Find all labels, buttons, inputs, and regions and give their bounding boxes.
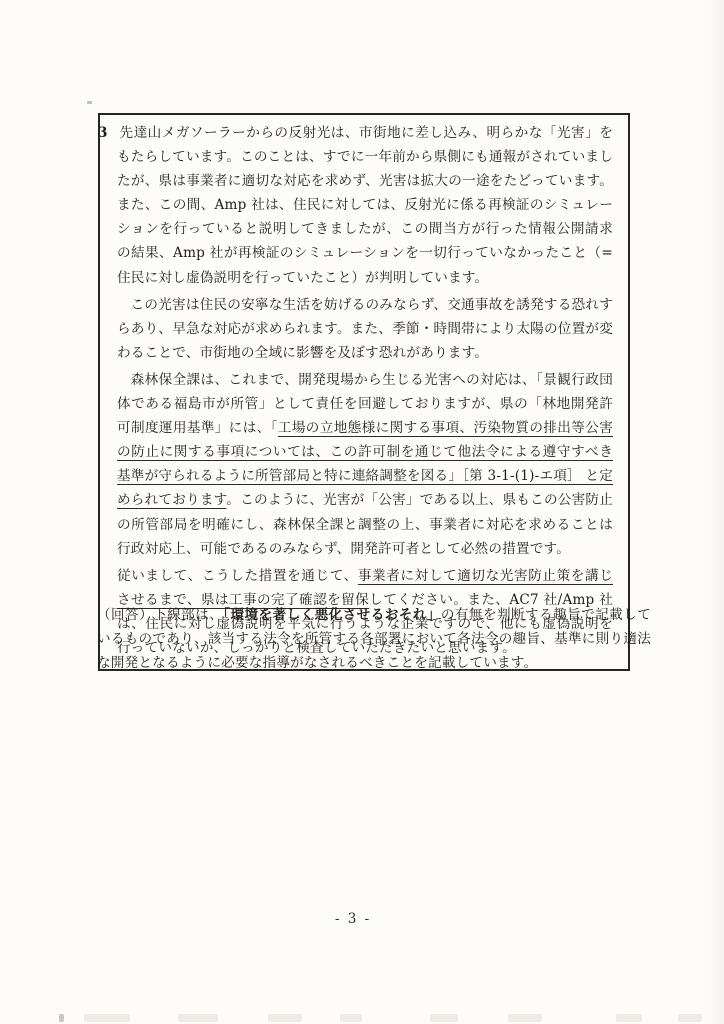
scan-artifact-dash bbox=[508, 1014, 542, 1022]
text-segment: 先達山メガソーラーからの反射光は、市街地に差し込み、明らかな「光害」をもたらして… bbox=[117, 125, 613, 286]
page-number: - 3 - bbox=[0, 911, 706, 927]
paragraph: 森林保全課は、これまで、開発現場から生じる光害への対応は、「景観行政団体である福… bbox=[117, 368, 613, 561]
scan-artifact-dash bbox=[178, 1014, 218, 1022]
paragraph: この光害は住民の安寧な生活を妨げるのみならず、交通事故を誘発する恐れすらあり、早… bbox=[117, 293, 613, 365]
answer-paragraph: （回答）下線部は、「環境を著しく悪化させるおそれ」の有無を判断する趣旨で記載して… bbox=[97, 603, 651, 675]
petition-item-box: 3先達山メガソーラーからの反射光は、市街地に差し込み、明らかな「光害」をもたらし… bbox=[98, 113, 630, 671]
paragraph: （回答）下線部は、「環境を著しく悪化させるおそれ」の有無を判断する趣旨で記載して… bbox=[97, 603, 651, 675]
scan-artifact-dash bbox=[616, 1014, 642, 1022]
text-segment: 「環境を著しく悪化させるおそれ」 bbox=[223, 607, 441, 623]
paragraph: 3先達山メガソーラーからの反射光は、市街地に差し込み、明らかな「光害」をもたらし… bbox=[117, 121, 613, 290]
petition-paragraphs: 3先達山メガソーラーからの反射光は、市街地に差し込み、明らかな「光害」をもたらし… bbox=[117, 121, 613, 660]
text-segment: この光害は住民の安寧な生活を妨げるのみならず、交通事故を誘発する恐れすらあり、早… bbox=[117, 297, 613, 361]
scan-artifact-dash bbox=[678, 1014, 702, 1022]
scan-artifacts bbox=[0, 1012, 724, 1024]
text-segment: 従いまして、こうした措置を通じて、 bbox=[117, 568, 358, 584]
scan-artifact-dash bbox=[430, 1014, 458, 1022]
scan-artifact-dash bbox=[340, 1014, 362, 1022]
page-edge-shadow bbox=[702, 0, 724, 1024]
text-segment: （回答）下線部は、 bbox=[97, 607, 223, 623]
document-scan: 3先達山メガソーラーからの反射光は、市街地に差し込み、明らかな「光害」をもたらし… bbox=[0, 0, 724, 1024]
scan-artifact-dash bbox=[84, 1014, 130, 1022]
scan-artifact-dash bbox=[59, 1014, 64, 1022]
scan-artifact-dash bbox=[268, 1014, 302, 1022]
scanned-document-page: { "page": { "page_number": "- 3 -", "bac… bbox=[0, 0, 724, 1024]
scan-speck bbox=[87, 101, 92, 104]
